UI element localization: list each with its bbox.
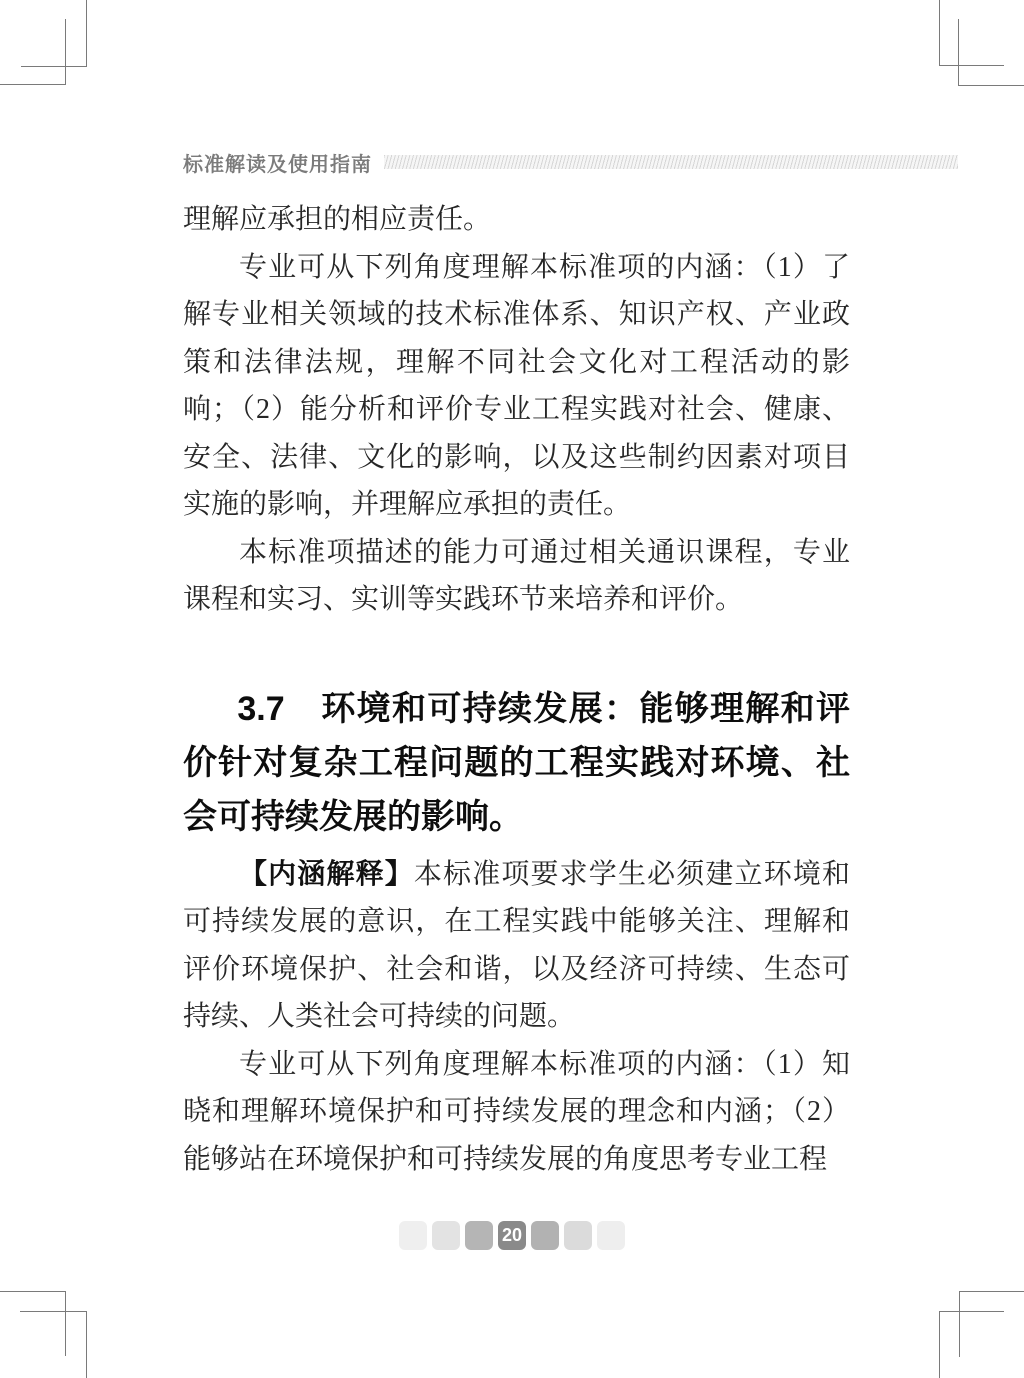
paragraph-ability-cultivation: 本标准项描述的能力可通过相关通识课程，专业课程和实习、实训等实践环节来培养和评价… [183, 529, 850, 624]
paragraph-continuation: 理解应承担的相应责任。 [183, 196, 850, 244]
section-heading-3-7: 3.7 环境和可持续发展：能够理解和评价针对复杂工程问题的工程实践对环境、社会可… [183, 682, 850, 844]
page-number: 20 [502, 1225, 522, 1246]
pager-square [465, 1221, 493, 1250]
running-head-title: 标准解读及使用指南 [183, 148, 372, 177]
crop-mark-top-left [0, 0, 87, 85]
pager-square [564, 1221, 592, 1250]
running-head: 标准解读及使用指南 [183, 147, 958, 177]
running-head-hatch-rule [384, 155, 958, 169]
paragraph-interpretation: 【内涵解释】本标准项要求学生必须建立环境和可持续发展的意识，在工程实践中能够关注… [183, 850, 850, 1041]
crop-mark-bottom-left [0, 1292, 87, 1378]
text-column: 理解应承担的相应责任。 专业可从下列角度理解本标准项的内涵：（1）了解专业相关领… [183, 196, 850, 1183]
paragraph-standard-item-angles: 专业可从下列角度理解本标准项的内涵：（1）了解专业相关领域的技术标准体系、知识产… [183, 244, 850, 529]
interpretation-lead-label: 【内涵解释】 [239, 858, 414, 889]
pager-square [597, 1221, 625, 1250]
footer-pager: 20 [0, 1221, 1024, 1250]
pager-square [531, 1221, 559, 1250]
paragraph-closing: 专业可从下列角度理解本标准项的内涵：（1）知晓和理解环境保护和可持续发展的理念和… [183, 1041, 850, 1184]
crop-mark-bottom-right [940, 1292, 1024, 1378]
pager-square [432, 1221, 460, 1250]
pager-square-current: 20 [498, 1221, 526, 1250]
book-page: 标准解读及使用指南 理解应承担的相应责任。 专业可从下列角度理解本标准项的内涵：… [0, 0, 1024, 1378]
pager-square [399, 1221, 427, 1250]
crop-mark-top-right [940, 0, 1024, 86]
